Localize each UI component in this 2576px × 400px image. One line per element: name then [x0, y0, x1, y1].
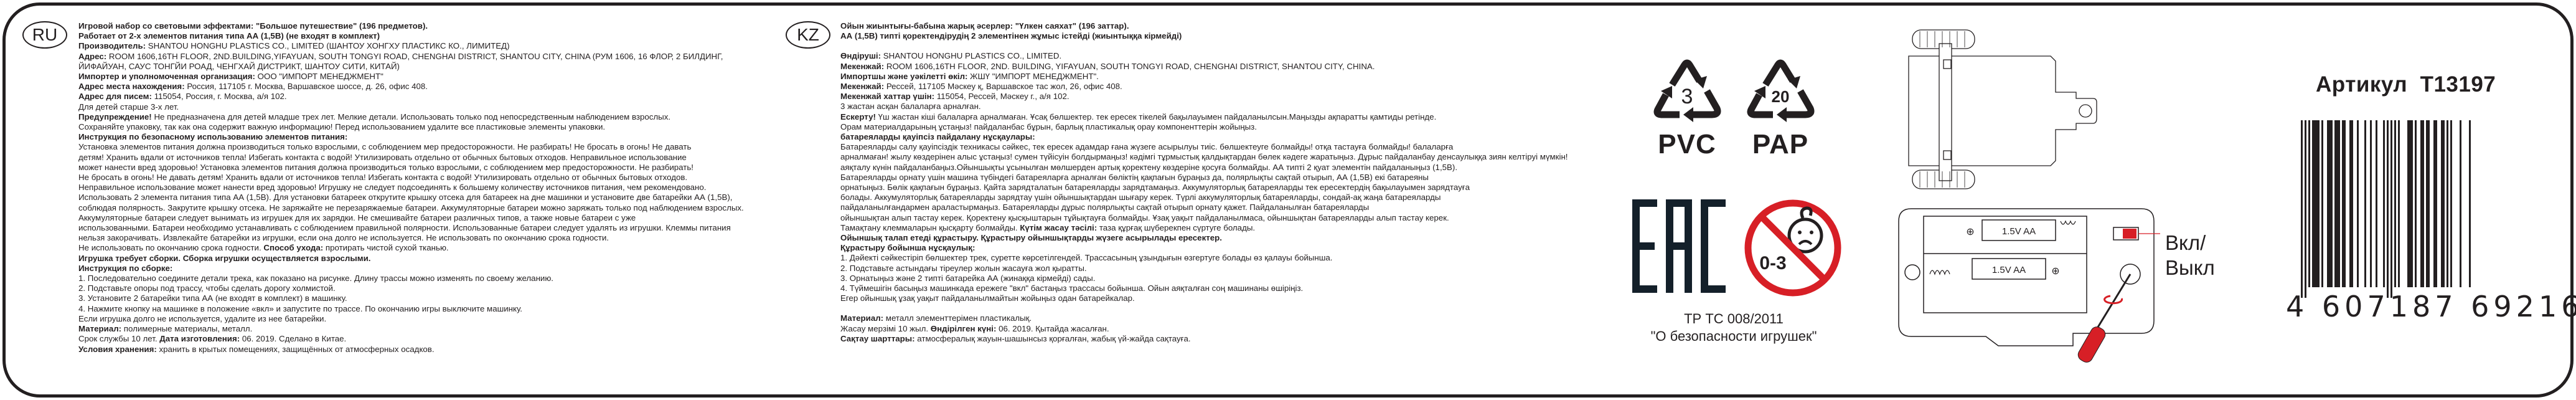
recycling-label-pvc: PVC: [1643, 129, 1731, 160]
barcode-right-group: 692163: [2471, 290, 2576, 323]
barcode-left-group: 607187: [2322, 290, 2458, 323]
text-line: 2. Подставьте опоры под трассу, чтобы сд…: [78, 283, 776, 293]
eac-mark-icon: [1632, 199, 1726, 293]
article-code: T13197: [2420, 72, 2496, 97]
ean13-barcode: [2286, 120, 2473, 298]
battery-compartment-diagram: 1.5V AA 1.5V AA ⊕ ⊕: [1886, 202, 2160, 377]
text-line: 2. Подставьте астындағы тіреулер жолын ж…: [840, 264, 1606, 274]
kz-text-block: Ойын жиынтығы-бабына жарық әсерлер: "Үлк…: [840, 21, 1606, 344]
text-line: детям! Хранить вдали от источников тепла…: [78, 153, 776, 163]
text-line: Инструкция по сборке:: [78, 264, 776, 274]
text-line: Не бросать в огонь! Не давать детям! Хра…: [78, 173, 776, 183]
text-line: Құрастыру бойынша нұсқаулық:: [840, 243, 1606, 253]
recycling-symbol-pap: 20 PAP: [1737, 55, 1824, 160]
article-number: Артикул T13197: [2316, 72, 2496, 97]
text-line: Ойыншық талап етеді құрастыру. Құрастыру…: [840, 233, 1606, 243]
text-line: нельзя закорачивать. Извлекайте батарейк…: [78, 233, 776, 243]
switch-on-label: Вкл/: [2165, 231, 2215, 255]
svg-text:1.5V AA: 1.5V AA: [1992, 265, 2026, 275]
svg-text:⊕: ⊕: [1966, 227, 1974, 237]
text-line: Инструкция по безопасному использованию …: [78, 132, 776, 142]
text-line: болады. Аккумуляторлық батареяларды заря…: [840, 193, 1606, 202]
text-line: Материал: полимерные материалы, металл.: [78, 324, 776, 334]
text-line: Батареяларды салу қауіпсіздік техникасы …: [840, 142, 1606, 152]
text-line: Срок службы 10 лет. Дата изготовления: 0…: [78, 334, 776, 344]
text-line: 1. Последовательно соедините детали трек…: [78, 274, 776, 283]
text-line: Мекенжай: Рессей, 117105 Мәскеу қ, Варша…: [840, 82, 1606, 92]
text-line: Адрес места нахождения: Россия, 117105 г…: [78, 82, 776, 92]
text-line: Использовать 2 элемента питания типа АА …: [78, 193, 776, 202]
svg-text:0-3: 0-3: [1759, 253, 1786, 274]
text-line: Материал: металл элементтерімен пластика…: [840, 313, 1606, 323]
text-line: Игрушка требует сборки. Сборка игрушки о…: [78, 254, 776, 264]
text-line: Не использовать по окончанию срока годно…: [78, 243, 776, 253]
text-line: Предупреждение! Не предназначена для дет…: [78, 112, 776, 122]
text-line: Мекенжай: ROOM 1606,16TH FLOOR, 2ND. BUI…: [840, 62, 1606, 72]
ru-language-badge: RU: [22, 21, 67, 49]
text-line: ойыншықтан алып тастау керек. Қоректену …: [840, 213, 1606, 223]
text-line: Мекенжай хаттар үшін: 115054, Рессей, Мә…: [840, 92, 1606, 102]
text-line: 4. Түймешігін басыңыз машинкада ережеге …: [840, 283, 1606, 293]
ru-badge-text: RU: [32, 25, 57, 45]
age-warning-0-3-icon: 0-3: [1743, 198, 1843, 298]
barcode-digits: 4 607187 692163: [2286, 290, 2576, 323]
car-chassis-diagram: [1899, 19, 2135, 199]
text-line: Производитель: SHANTOU HONGHU PLASTICS C…: [78, 41, 776, 51]
text-line: Импортер и уполномоченная организация: О…: [78, 72, 776, 82]
recycle-triangle-icon: 20: [1743, 55, 1818, 130]
text-line: Өндіруші: SHANTOU HONGHU PLASTICS CO., L…: [840, 51, 1606, 61]
text-line: Тамақтану клеммаларын қысқарту болмайды.…: [840, 223, 1606, 233]
text-line: орнатыңыз. Бөлік қақпағын бұраңыз. Қайта…: [840, 183, 1606, 193]
text-line: Игровой набор со световыми эффектами: "Б…: [78, 21, 776, 31]
ru-text-block: Игровой набор со световыми эффектами: "Б…: [78, 21, 776, 355]
text-line: Адрес: ROOM 1606,16TH FLOOR, 2ND.BUILDIN…: [78, 52, 776, 62]
text-line: Импортшы және уәкілетті өкіл: ЖШҮ "ИМПОР…: [840, 72, 1606, 82]
text-line: арналмаған! жылу көздерінен алыс ұстаңыз…: [840, 152, 1606, 162]
text-line: Адрес для писем: 115054, Россия, г. Моск…: [78, 92, 776, 102]
svg-text:1.5V AA: 1.5V AA: [2002, 226, 2036, 237]
article-label: Артикул: [2316, 72, 2407, 97]
text-line: Установка элементов питания должна произ…: [78, 142, 776, 152]
text-line: 4. Нажмите кнопку на машинке в положение…: [78, 304, 776, 314]
certification-text: ТР ТС 008/2011 "О безопасности игрушек": [1631, 310, 1836, 345]
text-line: может нанести вред здоровью! Установка э…: [78, 163, 776, 173]
text-line: Аккумуляторные батареи следует вынимать …: [78, 213, 776, 223]
text-line: Жасау мерзімі 10 жыл. Өндірілген күні: 0…: [840, 324, 1606, 334]
text-line: пайдаланылғандармен араластырмаңыз. Бата…: [840, 202, 1606, 212]
text-line: ЙИФАЙУАН, САУС ТОНГЙИ РОАД, ЧЕНГХАЙ ДИСТ…: [78, 62, 776, 72]
text-line: Условия хранения: хранить в крытых помещ…: [78, 345, 776, 355]
text-line: использованными. Батареи необходимо уста…: [78, 223, 776, 233]
text-line: Ескерту! Үш жастан кіші балаларға арналм…: [840, 112, 1606, 122]
text-line: аяқталу күнін пайдаланбаңыз.Ойыншықты ұс…: [840, 163, 1606, 173]
text-line: Сохраняйте упаковку, так как она содержи…: [78, 122, 776, 132]
kz-badge-text: KZ: [797, 25, 819, 45]
text-line: Ойын жиынтығы-бабына жарық әсерлер: "Үлк…: [840, 21, 1606, 31]
text-line: Для детей старше 3-х лет.: [78, 102, 776, 112]
text-line: Неправильное использование может нанести…: [78, 183, 776, 193]
text-line: Егер ойыншық ұзақ уақыт пайдаланылмайтын…: [840, 293, 1606, 303]
text-line: АА (1,5В) типті қоректендірудің 2 элемен…: [840, 31, 1606, 41]
text-line: Орам материалдарының ұстаңыз! пайдаланба…: [840, 122, 1606, 132]
recycling-symbol-pvc: 3 PVC: [1643, 55, 1731, 160]
power-switch-label: Вкл/ Выкл: [2165, 231, 2215, 280]
text-line: батареяларды қауіпсіз пайдалану нұсқаула…: [840, 132, 1606, 142]
text-line: Работает от 2-х элементов питания типа А…: [78, 31, 776, 41]
text-line: 3 жастан асқан балаларға арналған.: [840, 102, 1606, 112]
svg-text:3: 3: [1681, 85, 1693, 108]
svg-text:20: 20: [1772, 87, 1790, 106]
barcode-first-digit: 4: [2286, 290, 2308, 323]
recycle-triangle-icon: 3: [1650, 55, 1724, 130]
recycling-label-pap: PAP: [1737, 129, 1824, 160]
text-line: Батареяларды орнату үшін машина түбіндег…: [840, 173, 1606, 183]
standard-code: ТР ТС 008/2011: [1631, 310, 1836, 328]
text-line: 3. Орнатыңыз және 2 типті батарейка АА (…: [840, 274, 1606, 283]
svg-text:⊕: ⊕: [2051, 266, 2059, 277]
text-line: 3. Установите 2 батарейки типа АА (не вх…: [78, 293, 776, 303]
text-line: Если игрушка долго не используется, удал…: [78, 314, 776, 324]
switch-off-label: Выкл: [2165, 255, 2215, 280]
kz-language-badge: KZ: [786, 21, 830, 49]
standard-title: "О безопасности игрушек": [1631, 328, 1836, 345]
text-line: соблюдая полярность. Закрутите крышку от…: [78, 203, 776, 213]
text-line: Сақтау шарттары: атмосфералық жауын-шашы…: [840, 334, 1606, 344]
text-line: 1. Дәйекті сәйкестіріп бөлшектер трек, с…: [840, 253, 1606, 263]
